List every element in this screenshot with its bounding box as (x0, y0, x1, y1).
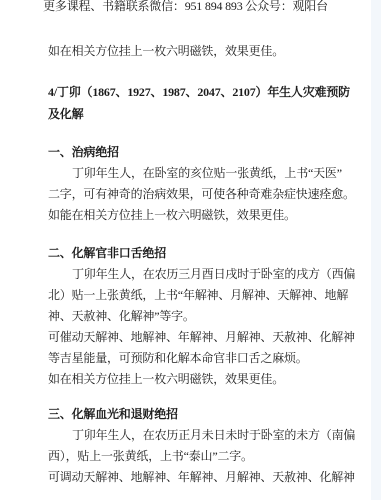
section-treat-illness: 一、治病绝招 丁卯年生人，在卧室的亥位贴一张黄纸，上书“天医” 二字，可有神奇的… (48, 142, 355, 226)
paragraph-line: 西），贴上一张黄纸，上书“泰山”二字。 (48, 446, 355, 467)
section-resolve-bloodshed-wealth-loss: 三、化解血光和退财绝招 丁卯年生人，在农历正月未日未时于卧室的未方（南偏 西），… (48, 404, 355, 488)
page-edge-strip (371, 0, 381, 500)
chapter-heading-line1: 4/丁卯（1867、1927、1987、2047、2107）年生人灾难预防 (48, 81, 350, 103)
paragraph-line: 丁卯年生人，在卧室的亥位贴一张黄纸，上书“天医” (48, 163, 355, 184)
paragraph-line: 如能在相关方位挂上一枚六明磁铁，效果更佳。 (48, 205, 355, 226)
chapter-heading: 4/丁卯（1867、1927、1987、2047、2107）年生人灾难预防 及化… (48, 81, 350, 125)
paragraph-line: 可催动天解神、地解神、年解神、月解神、天赦神、化解神 (48, 327, 355, 348)
paragraph-line: 二字，可有神奇的治病效果，可使各种奇难杂症快速痊愈。 (48, 184, 355, 205)
paragraph-line: 丁卯年生人，在农历三月酉日戌时于卧室的戌方（西偏 (48, 264, 355, 285)
section-title: 三、化解血光和退财绝招 (48, 404, 355, 425)
intro-paragraph-line: 如在相关方位挂上一枚六明磁铁，效果更佳。 (48, 41, 284, 62)
document-page: 更多课程、书籍联系微信：951 894 893 公众号：观阳台 如在相关方位挂上… (0, 0, 381, 500)
section-resolve-lawsuit-gossip: 二、化解官非口舌绝招 丁卯年生人，在农历三月酉日戌时于卧室的戌方（西偏 北）贴一… (48, 243, 355, 390)
paragraph-line: 等吉星能量，可预防和化解本命官非口舌之麻烦。 (48, 348, 355, 369)
page-header-contact: 更多课程、书籍联系微信：951 894 893 公众号：观阳台 (0, 0, 371, 17)
chapter-heading-line2: 及化解 (48, 103, 350, 125)
section-title: 二、化解官非口舌绝招 (48, 243, 355, 264)
paragraph-line: 丁卯年生人，在农历正月未日未时于卧室的未方（南偏 (48, 425, 355, 446)
paragraph-line: 北）贴一上张黄纸，上书“年解神、月解神、天解神、地解 (48, 285, 355, 306)
section-title: 一、治病绝招 (48, 142, 355, 163)
paragraph-line: 可调动天解神、地解神、年解神、月解神、天赦神、化解神 (48, 467, 355, 488)
paragraph-line: 如在相关方位挂上一枚六明磁铁，效果更佳。 (48, 369, 355, 390)
paragraph-line: 神、天赦神、化解神”等字。 (48, 306, 355, 327)
